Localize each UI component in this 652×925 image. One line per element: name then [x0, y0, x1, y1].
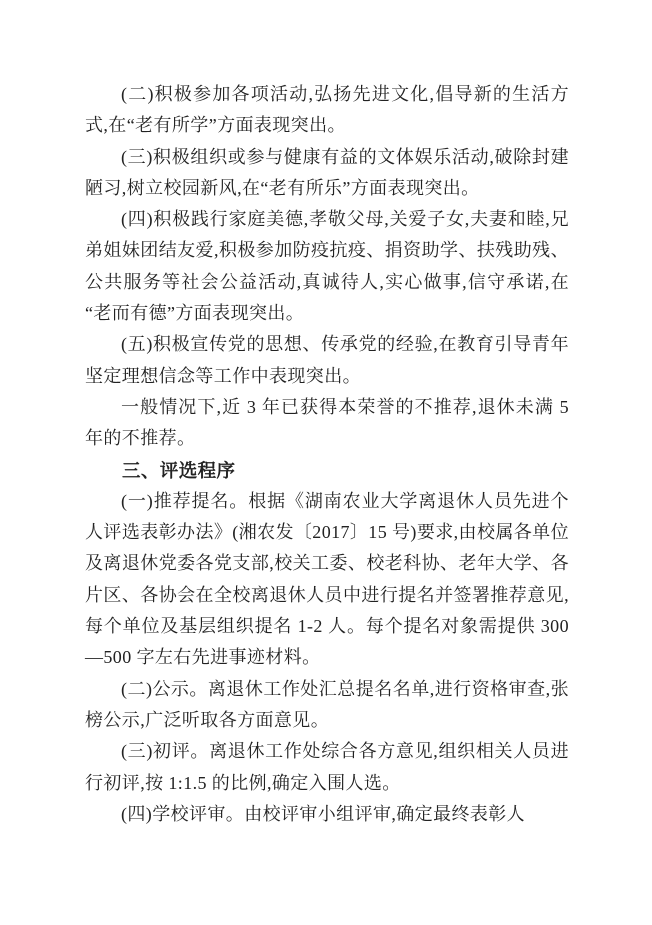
paragraph-criterion-5: (五)积极宣传党的思想、传承党的经验,在教育引导青年坚定理想信念等工作中表现突出…	[85, 329, 569, 392]
paragraph-criterion-4: (四)积极践行家庭美德,孝敬父母,关爱子女,夫妻和睦,兄弟姐妹团结友爱,积极参加…	[85, 204, 569, 329]
section-heading: 三、评选程序	[85, 455, 569, 486]
paragraph-step-2-publicity: (二)公示。离退休工作处汇总提名名单,进行资格审查,张榜公示,广泛听取各方面意见…	[85, 674, 569, 737]
paragraph-criterion-3: (三)积极组织或参与健康有益的文体娱乐活动,破除封建陋习,树立校园新风,在“老有…	[85, 142, 569, 205]
page-content: (二)积极参加各项活动,弘扬先进文化,倡导新的生活方式,在“老有所学”方面表现突…	[85, 79, 569, 830]
paragraph-step-4-school-review: (四)学校评审。由校评审小组评审,确定最终表彰人	[85, 799, 569, 830]
document-page: (二)积极参加各项活动,弘扬先进文化,倡导新的生活方式,在“老有所学”方面表现突…	[0, 0, 652, 925]
paragraph-step-1-nomination: (一)推荐提名。根据《湖南农业大学离退休人员先进个人评选表彰办法》(湘农发〔20…	[85, 486, 569, 674]
paragraph-criterion-2: (二)积极参加各项活动,弘扬先进文化,倡导新的生活方式,在“老有所学”方面表现突…	[85, 79, 569, 142]
paragraph-step-3-initial-review: (三)初评。离退休工作处综合各方意见,组织相关人员进行初评,按 1:1.5 的比…	[85, 736, 569, 799]
paragraph-general-rule: 一般情况下,近 3 年已获得本荣誉的不推荐,退休未满 5 年的不推荐。	[85, 392, 569, 455]
